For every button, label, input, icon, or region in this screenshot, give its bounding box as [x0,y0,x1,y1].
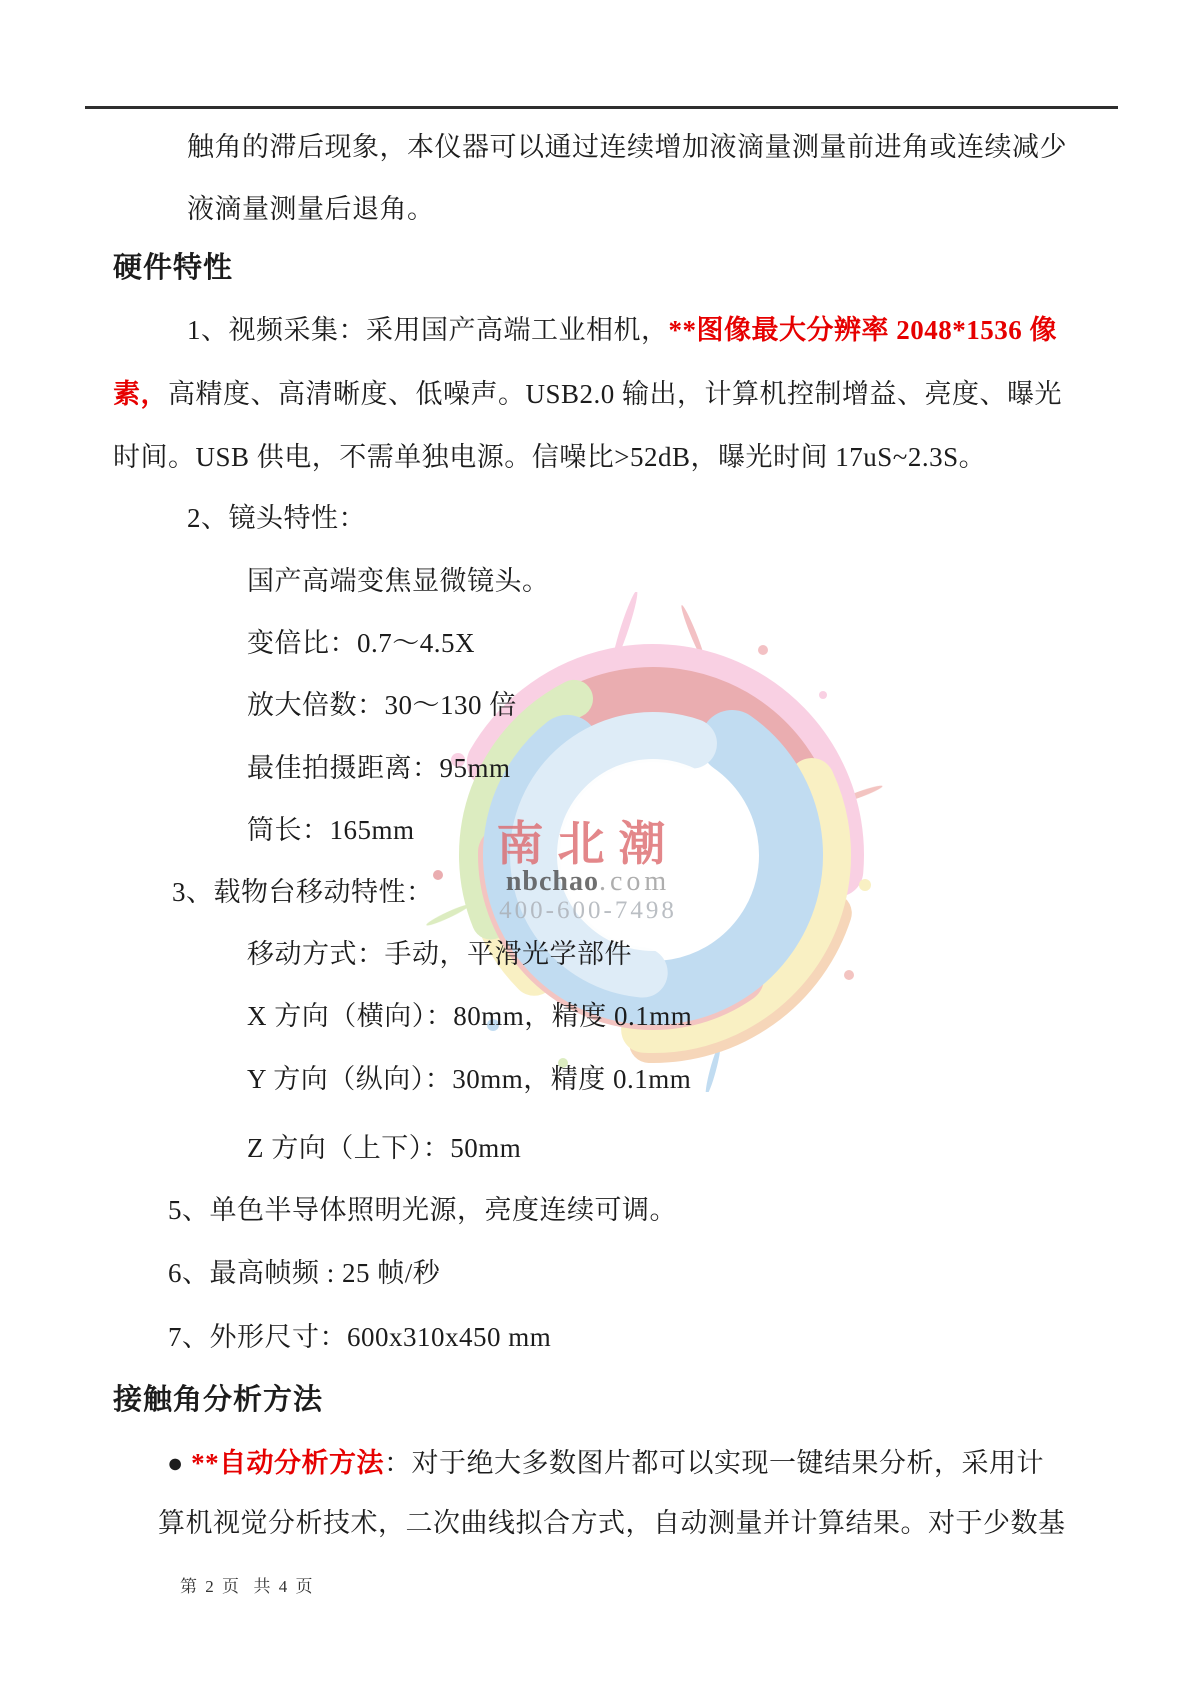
spec-line: 变倍比：0.7～4.5X [247,612,475,674]
heading-text: 接触角分析方法 [113,1384,323,1416]
text-segment: ：对于绝大多数图片都可以实现一键结果分析，采用计 [384,1448,1044,1478]
text-segment: 高精度、高清晰度、低噪声。USB2.0 输出，计算机控制增益、亮度、曝光 [168,379,1062,409]
paragraph-line: 触角的滞后现象，本仪器可以通过连续增加液滴量测量前进角或连续减少 [187,116,1067,178]
text-segment: 筒长：165mm [247,815,415,845]
watermark-text: 南北潮 nbchao.com 400-600-7498 [497,819,680,924]
spec-line: Y 方向（纵向）：30mm，精度 0.1mm [247,1048,691,1110]
spec-line: 筒长：165mm [247,799,415,861]
text-segment: 触角的滞后现象，本仪器可以通过连续增加液滴量测量前进角或连续减少 [187,132,1067,162]
spec-line: Z 方向（上下）：50mm [247,1117,521,1179]
page-number-text: 第 2 页 共 4 页 [180,1577,315,1596]
text-segment: 时间。USB 供电，不需单独电源。信噪比>52dB，曝光时间 17uS~2.3S… [113,442,986,472]
paragraph-line: 液滴量测量后退角。 [187,178,435,240]
highlight-red-text: 素， [113,379,168,409]
heading-text: 硬件特性 [113,252,233,284]
text-segment: 3、载物台移动特性： [172,877,434,907]
list-item-2: 2、镜头特性： [187,487,366,549]
paragraph-line: 算机视觉分析技术，二次曲线拟合方式，自动测量并计算结果。对于少数基 [158,1492,1066,1554]
bullet-item-auto-analysis: ● **自动分析方法：对于绝大多数图片都可以实现一键结果分析，采用计 [167,1432,1044,1494]
watermark-site: nbchao.com [506,866,670,897]
text-segment: 液滴量测量后退角。 [187,194,435,224]
list-item-7: 7、外形尺寸：600x310x450 mm [168,1306,551,1368]
list-item-1: 1、视频采集：采用国产高端工业相机，**图像最大分辨率 2048*1536 像 [187,299,1057,361]
spec-line: 移动方式：手动，平滑光学部件 [247,923,632,985]
text-segment: Z 方向（上下）：50mm [247,1133,521,1163]
paragraph-line: 素，高精度、高清晰度、低噪声。USB2.0 输出，计算机控制增益、亮度、曝光 [113,363,1062,425]
text-segment: 2、镜头特性： [187,503,366,533]
spec-line: 放大倍数：30～130 倍 [247,674,517,736]
spec-line: 国产高端变焦显微镜头。 [247,550,550,612]
list-item-5: 5、单色半导体照明光源，亮度连续可调。 [168,1179,677,1241]
list-item-6: 6、最高帧频 : 25 帧/秒 [168,1242,440,1304]
text-segment: 1、视频采集：采用国产高端工业相机， [187,315,669,345]
document-page: { "colors": { "accent_red": "#e60000", "… [0,0,1200,1697]
text-segment: Y 方向（纵向）：30mm，精度 0.1mm [247,1064,691,1094]
section-heading-analysis-method: 接触角分析方法 [113,1369,323,1431]
text-segment: 变倍比：0.7～4.5X [247,628,475,658]
spec-line: 最佳拍摄距离：95mm [247,737,511,799]
highlight-red-text: **自动分析方法 [191,1448,384,1478]
paragraph-line: 时间。USB 供电，不需单独电源。信噪比>52dB，曝光时间 17uS~2.3S… [113,426,986,488]
text-segment: 5、单色半导体照明光源，亮度连续可调。 [168,1195,677,1225]
section-heading-hardware: 硬件特性 [113,237,233,299]
header-rule [85,106,1118,109]
page-footer: 第 2 页 共 4 页 [180,1572,315,1602]
bullet-icon: ● [167,1448,191,1478]
text-segment: 6、最高帧频 : 25 帧/秒 [168,1258,440,1288]
text-segment: 国产高端变焦显微镜头。 [247,566,550,596]
text-segment: 放大倍数：30～130 倍 [247,690,517,720]
watermark-brand: 南北潮 [497,819,680,871]
text-segment: 移动方式：手动，平滑光学部件 [247,939,632,969]
list-item-3: 3、载物台移动特性： [172,861,434,923]
text-segment: 算机视觉分析技术，二次曲线拟合方式，自动测量并计算结果。对于少数基 [158,1508,1066,1538]
spec-line: X 方向（横向）：80mm，精度 0.1mm [247,985,692,1047]
text-segment: 最佳拍摄距离：95mm [247,753,511,783]
highlight-red-text: **图像最大分辨率 2048*1536 像 [669,315,1058,345]
text-segment: X 方向（横向）：80mm，精度 0.1mm [247,1001,692,1031]
watermark-phone: 400-600-7498 [499,897,677,924]
text-segment: 7、外形尺寸：600x310x450 mm [168,1322,551,1352]
